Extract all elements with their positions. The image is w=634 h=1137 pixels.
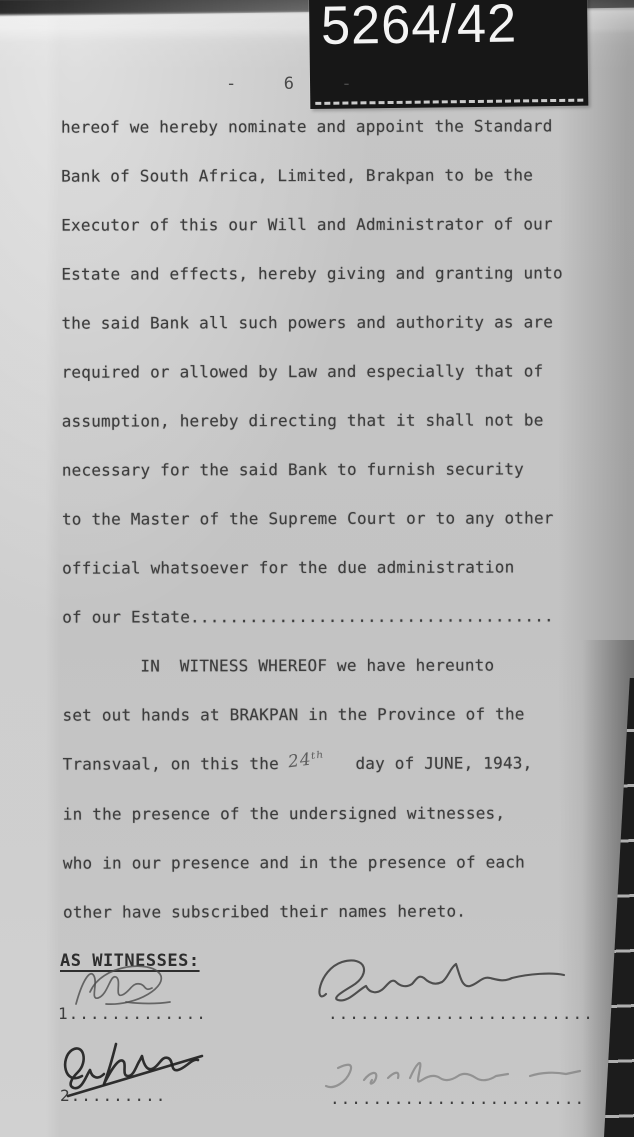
will-text-line: necessary for the said Bank to furnish s… [62,460,577,478]
will-text-line: set out hands at BRAKPAN in the Province… [62,705,577,723]
will-text-line: IN WITNESS WHEREOF we have hereunto [62,656,577,674]
date-line-suffix: day of JUNE, 1943, [326,753,533,773]
will-text-line: other have subscribed their names hereto… [63,902,578,920]
will-text-line: who in our presence and in the presence … [63,853,578,871]
will-text-line-with-handwritten-date: Transvaal, on this the 24ᵗʰ day of JUNE,… [63,754,578,773]
stamp-dashed-line [315,99,583,105]
witness-1-signature [66,958,206,1018]
scanned-will-page: 5264/42 - 6 - hereof we hereby nominate … [0,0,634,1137]
will-text-line: to the Master of the Supreme Court or to… [62,509,577,527]
will-body-text: hereof we hereby nominate and appoint th… [61,117,578,952]
testator-1-signature [312,952,572,1017]
date-line-prefix: Transvaal, on this the [63,754,289,774]
will-text-line: Executor of this our Will and Administra… [61,215,576,233]
will-text-line: the said Bank all such powers and author… [61,313,576,331]
will-text-line: in the presence of the undersigned witne… [63,804,578,822]
will-text-line: official whatsoever for the due administ… [62,558,577,576]
will-text-line: of our Estate...........................… [62,607,577,625]
will-text-line: required or allowed by Law and especiall… [62,362,577,380]
archive-number: 5264/42 [309,0,579,53]
witness-2-signature [52,1032,212,1102]
will-text-line: Bank of South Africa, Limited, Brakpan t… [61,166,576,184]
page-number: - 6 - [226,74,361,94]
testator-2-signature [318,1050,588,1102]
will-text-line: Estate and effects, hereby giving and gr… [61,264,576,282]
handwritten-day: 24ᵗʰ [287,750,326,771]
will-text-line: assumption, hereby directing that it sha… [62,411,577,429]
will-text-line: hereof we hereby nominate and appoint th… [61,117,576,135]
